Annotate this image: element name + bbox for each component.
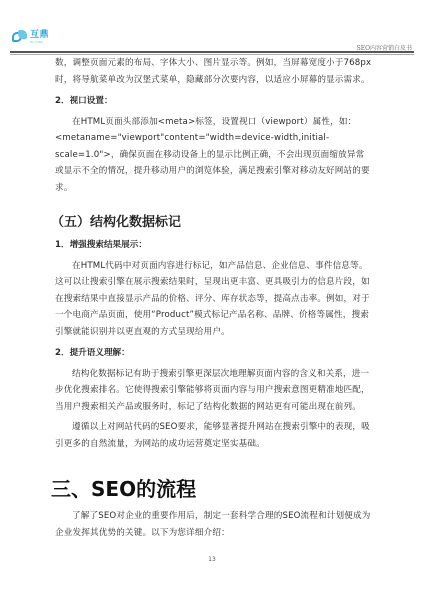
chapter-heading-seo-process: 三、SEO的流程: [51, 476, 373, 502]
page-header: 互鼎 HU DING SEO内容营销白皮书: [0, 0, 424, 52]
subheading-semantic: 2．提升语义理解：: [55, 345, 373, 362]
paragraph-enhance-results: 在HTML代码中对页面内容进行标记，如产品信息、企业信息、事件信息等。这可以让搜…: [55, 258, 373, 341]
paragraph-semantic: 结构化数据标记有助于搜索引擎更深层次地理解页面内容的含义和关系，进一步优化搜索排…: [55, 366, 373, 416]
header-divider: [10, 51, 414, 53]
logo-icon: [12, 30, 28, 44]
page-body: 数，调整页面元素的布局、字体大小、图片显示等。例如，当屏幕宽度小于768px时，…: [55, 55, 373, 541]
page-number: 13: [0, 556, 424, 563]
paragraph-summary: 遵循以上对网站代码的SEO要求，能够显著提升网站在搜索引擎中的表现，吸引更多的自…: [55, 419, 373, 452]
subheading-viewport: 2．视口设置：: [55, 93, 373, 110]
logo-subtitle: HU DING: [30, 41, 49, 44]
section-heading-structured-data: （五）结构化数据标记: [51, 214, 373, 232]
logo-name: 互鼎: [30, 31, 49, 40]
paragraph-continued: 数，调整页面元素的布局、字体大小、图片显示等。例如，当屏幕宽度小于768px时，…: [55, 55, 373, 88]
paragraph-process-intro: 了解了SEO对企业的重要作用后，制定一套科学合理的SEO流程和计划便成为企业发挥…: [55, 508, 373, 541]
paragraph-viewport-meta: <metaname="viewport"content="width=devic…: [55, 130, 373, 196]
subheading-enhance-results: 1．增强搜索结果展示：: [55, 237, 373, 254]
company-logo: 互鼎 HU DING: [12, 30, 49, 44]
paragraph-viewport-intro: 在HTML页面头部添加<meta>标签，设置视口（viewport）属性，如：: [55, 114, 373, 131]
